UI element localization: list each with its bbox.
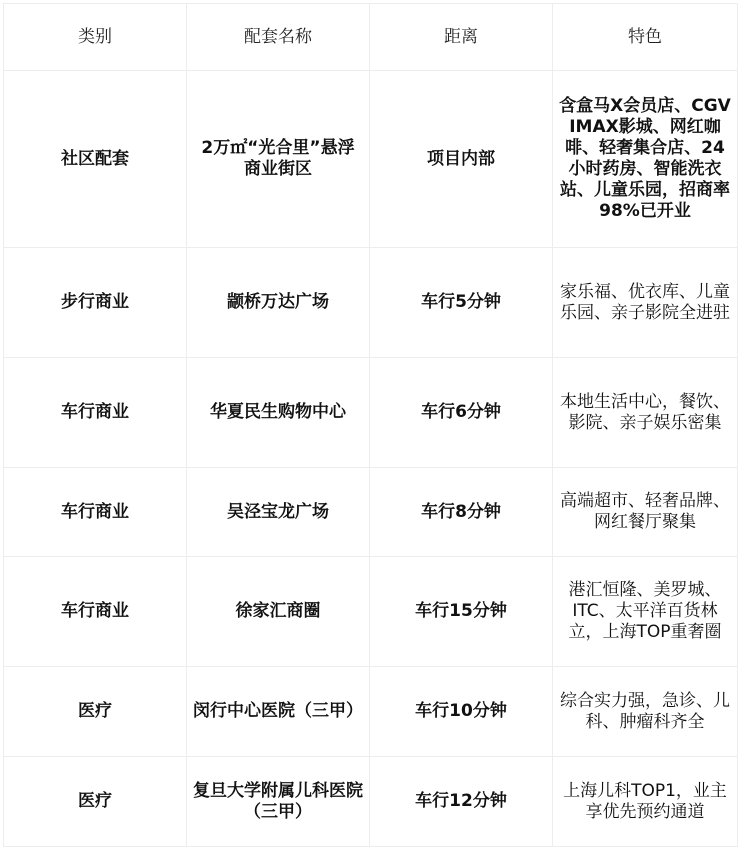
header-category: 类别 bbox=[4, 4, 187, 71]
cell-name: 徐家汇商圈 bbox=[187, 557, 370, 667]
amenities-table: 类别 配套名称 距离 特色 社区配套 2万㎡“光合里”悬浮商业街区 项目内部 含… bbox=[3, 3, 738, 847]
cell-distance: 车行15分钟 bbox=[370, 557, 553, 667]
cell-category: 医疗 bbox=[4, 757, 187, 847]
table-row: 车行商业 徐家汇商圈 车行15分钟 港汇恒隆、美罗城、ITC、太平洋百货林立，上… bbox=[4, 557, 738, 667]
cell-distance: 项目内部 bbox=[370, 71, 553, 248]
header-name: 配套名称 bbox=[187, 4, 370, 71]
cell-feature: 上海儿科TOP1，业主享优先预约通道 bbox=[553, 757, 738, 847]
cell-name: 吴泾宝龙广场 bbox=[187, 468, 370, 557]
table-row: 步行商业 颛桥万达广场 车行5分钟 家乐福、优衣库、儿童乐园、亲子影院全进驻 bbox=[4, 248, 738, 358]
table-header-row: 类别 配套名称 距离 特色 bbox=[4, 4, 738, 71]
table-row: 医疗 复旦大学附属儿科医院（三甲） 车行12分钟 上海儿科TOP1，业主享优先预… bbox=[4, 757, 738, 847]
cell-feature: 港汇恒隆、美罗城、ITC、太平洋百货林立，上海TOP重奢圈 bbox=[553, 557, 738, 667]
cell-feature: 高端超市、轻奢品牌、网红餐厅聚集 bbox=[553, 468, 738, 557]
cell-category: 医疗 bbox=[4, 667, 187, 757]
cell-category: 车行商业 bbox=[4, 358, 187, 468]
cell-category: 步行商业 bbox=[4, 248, 187, 358]
cell-name: 颛桥万达广场 bbox=[187, 248, 370, 358]
cell-distance: 车行8分钟 bbox=[370, 468, 553, 557]
cell-feature: 综合实力强，急诊、儿科、肿瘤科齐全 bbox=[553, 667, 738, 757]
cell-name: 复旦大学附属儿科医院（三甲） bbox=[187, 757, 370, 847]
cell-distance: 车行5分钟 bbox=[370, 248, 553, 358]
cell-name: 2万㎡“光合里”悬浮商业街区 bbox=[187, 71, 370, 248]
table-row: 社区配套 2万㎡“光合里”悬浮商业街区 项目内部 含盒马X会员店、CGV IMA… bbox=[4, 71, 738, 248]
cell-category: 社区配套 bbox=[4, 71, 187, 248]
cell-feature: 本地生活中心，餐饮、影院、亲子娱乐密集 bbox=[553, 358, 738, 468]
cell-name: 华夏民生购物中心 bbox=[187, 358, 370, 468]
header-feature: 特色 bbox=[553, 4, 738, 71]
cell-category: 车行商业 bbox=[4, 468, 187, 557]
cell-category: 车行商业 bbox=[4, 557, 187, 667]
cell-distance: 车行6分钟 bbox=[370, 358, 553, 468]
table-row: 车行商业 吴泾宝龙广场 车行8分钟 高端超市、轻奢品牌、网红餐厅聚集 bbox=[4, 468, 738, 557]
table-row: 车行商业 华夏民生购物中心 车行6分钟 本地生活中心，餐饮、影院、亲子娱乐密集 bbox=[4, 358, 738, 468]
header-distance: 距离 bbox=[370, 4, 553, 71]
cell-distance: 车行10分钟 bbox=[370, 667, 553, 757]
cell-feature: 含盒马X会员店、CGV IMAX影城、网红咖啡、轻奢集合店、24小时药房、智能洗… bbox=[553, 71, 738, 248]
cell-distance: 车行12分钟 bbox=[370, 757, 553, 847]
cell-feature: 家乐福、优衣库、儿童乐园、亲子影院全进驻 bbox=[553, 248, 738, 358]
cell-name: 闵行中心医院（三甲） bbox=[187, 667, 370, 757]
table-row: 医疗 闵行中心医院（三甲） 车行10分钟 综合实力强，急诊、儿科、肿瘤科齐全 bbox=[4, 667, 738, 757]
